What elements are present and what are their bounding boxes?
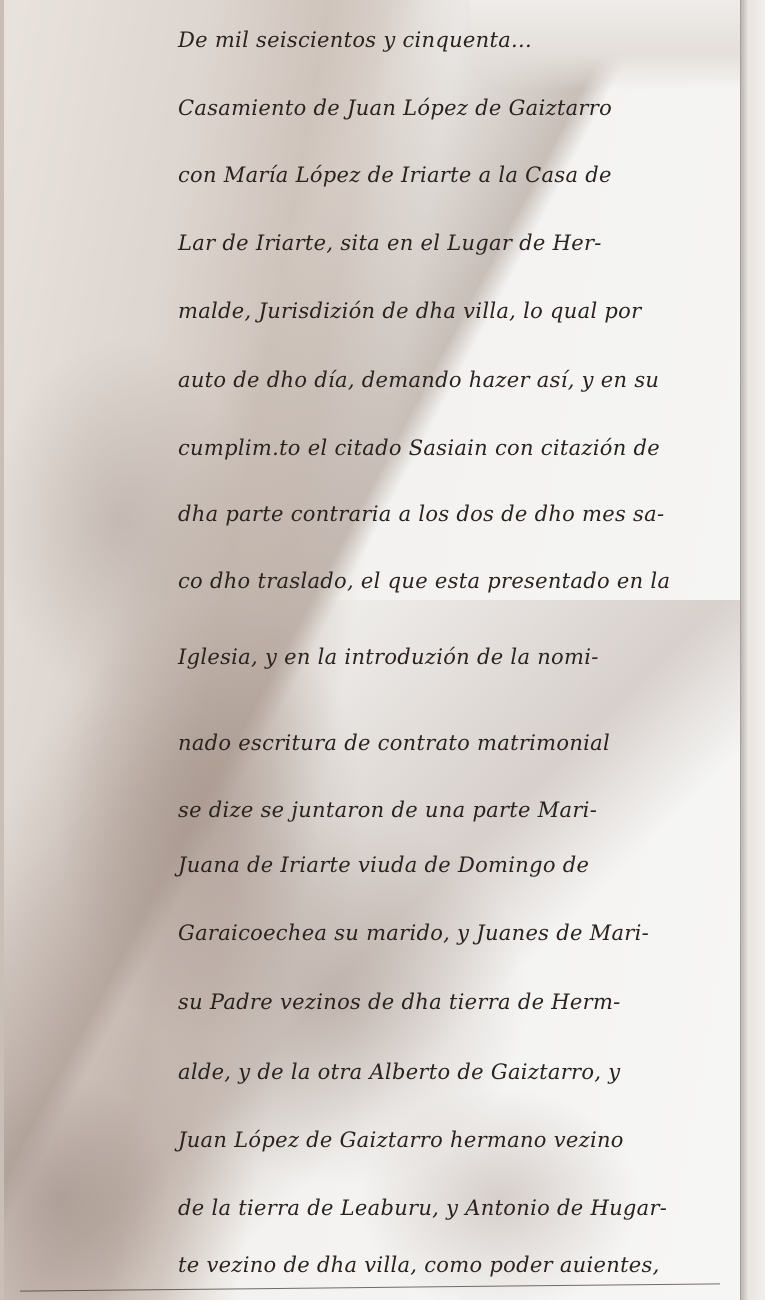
text-line: se dize se juntaron de una parte Mari- <box>178 790 597 830</box>
text-line: Casamiento de Juan López de Gaiztarro <box>178 88 612 128</box>
text-line: Garaicoechea su marido, y Juanes de Mari… <box>178 913 649 953</box>
text-line: de la tierra de Leaburu, y Antonio de Hu… <box>178 1188 667 1228</box>
text-line: nado escritura de contrato matrimonial <box>178 723 610 763</box>
text-line: con María López de Iriarte a la Casa de <box>178 155 612 195</box>
page-right-edge <box>740 0 765 1300</box>
text-line: cumplim.to el citado Sasiain con citazió… <box>178 428 660 468</box>
text-line: auto de dho día, demando hazer así, y en… <box>178 360 659 400</box>
text-line: te vezino de dha villa, como poder auien… <box>178 1245 660 1285</box>
text-line: Juan López de Gaiztarro hermano vezino <box>178 1120 624 1160</box>
text-line: Lar de Iriarte, sita en el Lugar de Her- <box>178 223 602 263</box>
text-line: De mil seiscientos y cinquenta... <box>178 20 532 60</box>
text-line: su Padre vezinos de dha tierra de Herm- <box>178 982 621 1022</box>
text-line: malde, Jurisdizión de dha villa, lo qual… <box>178 291 641 331</box>
manuscript-page: De mil seiscientos y cinquenta... Casami… <box>0 0 740 1300</box>
text-line: co dho traslado, el que esta presentado … <box>178 561 670 601</box>
text-line: dha parte contraria a los dos de dho mes… <box>178 494 664 534</box>
page-left-edge <box>0 0 4 1300</box>
text-line: Juana de Iriarte viuda de Domingo de <box>178 845 589 885</box>
text-line: alde, y de la otra Alberto de Gaiztarro,… <box>178 1052 620 1092</box>
text-line: Iglesia, y en la introduzión de la nomi- <box>178 637 599 677</box>
